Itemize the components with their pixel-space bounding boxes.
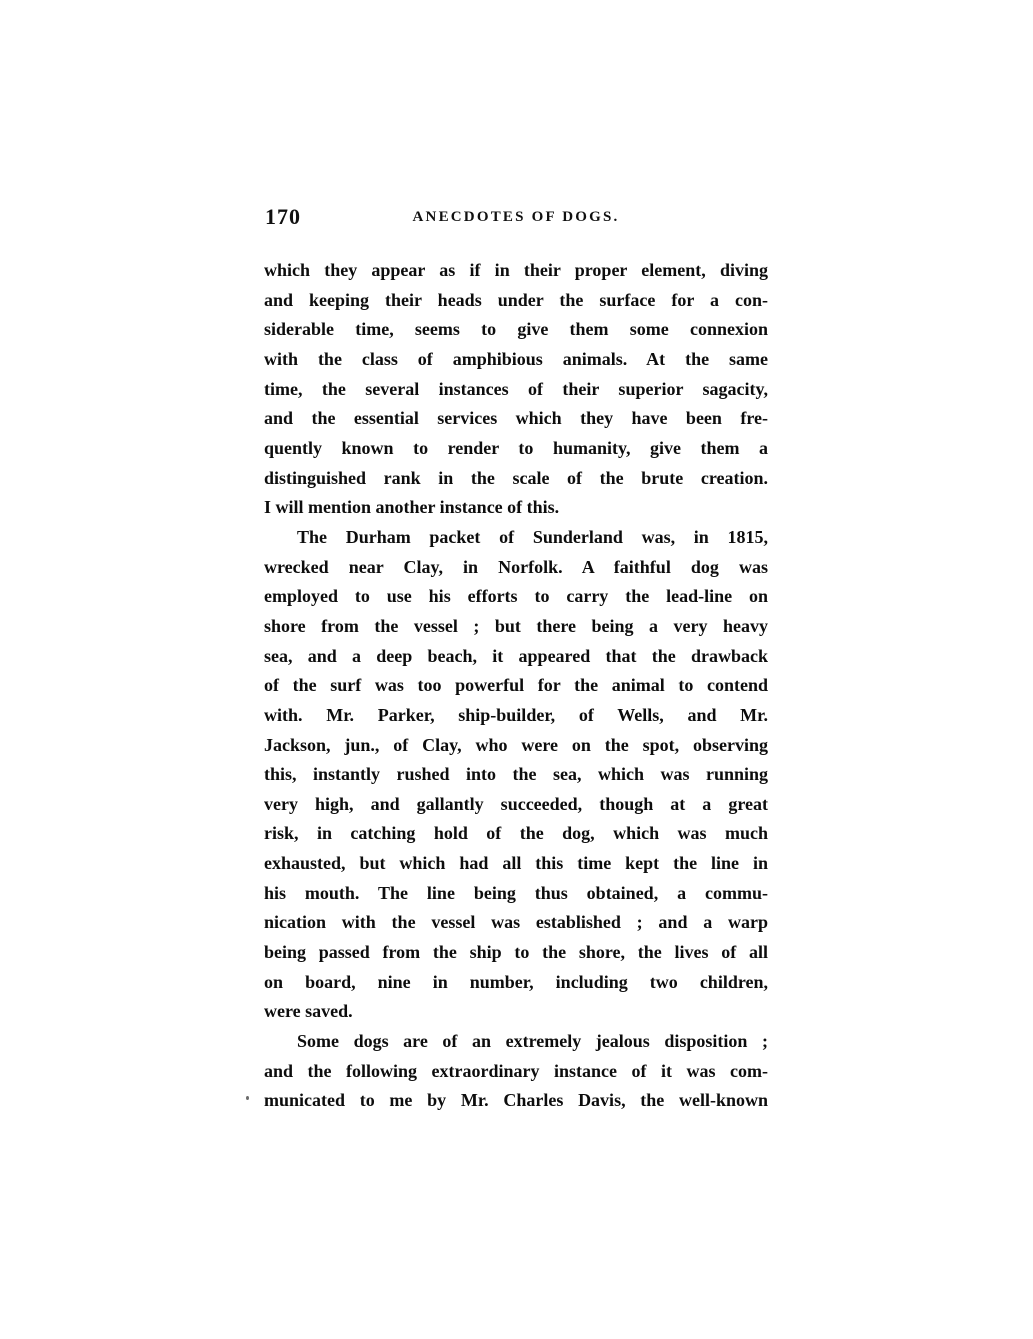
text-block: which they appear as if in their proper … [264, 256, 768, 1116]
text-line: employed to use his efforts to carry the… [264, 582, 768, 612]
text-line: municated to me by Mr. Charles Davis, th… [264, 1086, 768, 1116]
text-line: risk, in catching hold of the dog, which… [264, 819, 768, 849]
ink-speck-mark [246, 1096, 249, 1100]
text-line: and the following extraordinary instance… [264, 1057, 768, 1087]
text-line: on board, nine in number, including two … [264, 968, 768, 998]
text-line: this, instantly rushed into the sea, whi… [264, 760, 768, 790]
book-page: 170 ANECDOTES OF DOGS. which they appear… [0, 0, 1033, 1339]
text-line: sea, and a deep beach, it appeared that … [264, 642, 768, 672]
text-line: The Durham packet of Sunderland was, in … [264, 523, 768, 553]
text-line: and the essential services which they ha… [264, 404, 768, 434]
text-line: siderable time, seems to give them some … [264, 315, 768, 345]
text-line: of the surf was too powerful for the ani… [264, 671, 768, 701]
text-line: distinguished rank in the scale of the b… [264, 464, 768, 494]
text-line: with. Mr. Parker, ship-builder, of Wells… [264, 701, 768, 731]
text-line: and keeping their heads under the surfac… [264, 286, 768, 316]
text-line: I will mention another instance of this. [264, 493, 768, 523]
text-line: which they appear as if in their proper … [264, 256, 768, 286]
text-line: Jackson, jun., of Clay, who were on the … [264, 731, 768, 761]
text-line: with the class of amphibious animals. At… [264, 345, 768, 375]
text-line: his mouth. The line being thus obtained,… [264, 879, 768, 909]
text-line: were saved. [264, 997, 768, 1027]
text-line: nication with the vessel was established… [264, 908, 768, 938]
text-line: shore from the vessel ; but there being … [264, 612, 768, 642]
running-head-title: ANECDOTES OF DOGS. [264, 209, 768, 226]
text-line: wrecked near Clay, in Norfolk. A faithfu… [264, 553, 768, 583]
text-line: quently known to render to humanity, giv… [264, 434, 768, 464]
text-line: time, the several instances of their sup… [264, 375, 768, 405]
text-line: very high, and gallantly succeeded, thou… [264, 790, 768, 820]
text-line: Some dogs are of an extremely jealous di… [264, 1027, 768, 1057]
text-line: being passed from the ship to the shore,… [264, 938, 768, 968]
running-header: 170 ANECDOTES OF DOGS. [264, 204, 768, 230]
text-line: exhausted, but which had all this time k… [264, 849, 768, 879]
